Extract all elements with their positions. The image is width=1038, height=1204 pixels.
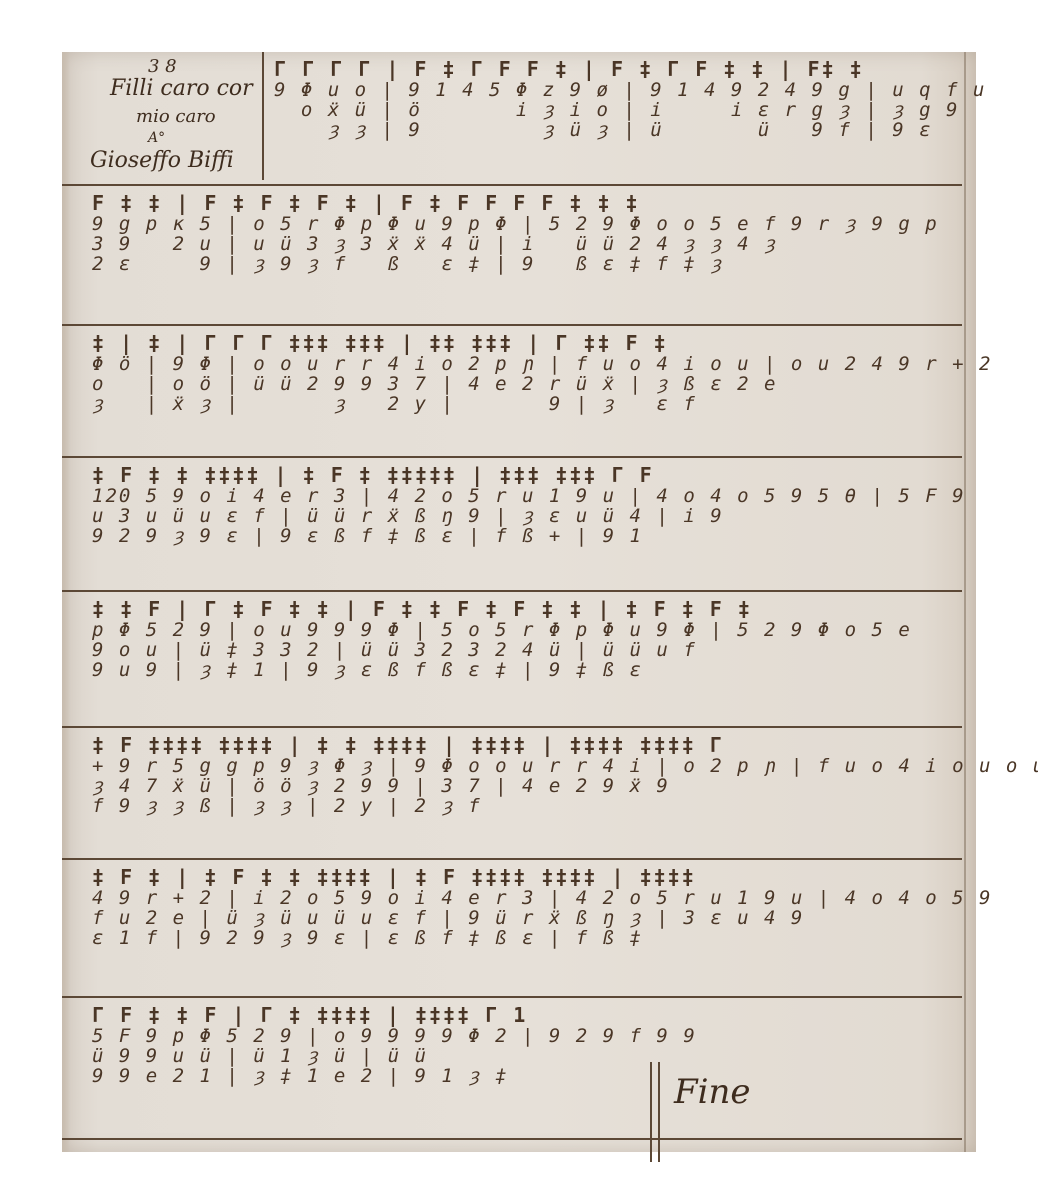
tablature-system-7: ‡ F ‡ | ‡ F ‡ ‡ ‡‡‡‡ | ‡ F ‡‡‡‡ ‡‡‡‡ | ‡…: [62, 860, 962, 998]
tablature-row: 9 Φ u o | 9 1 4 5 Φ z 9 ø | 9 1 4 9 2 4 …: [274, 80, 952, 100]
tablature-system-2: F ‡ ‡ | F ‡ F ‡ F ‡ | F ‡ F F F F ‡ ‡ ‡ …: [62, 186, 962, 326]
rhythm-signs-row: ‡ F ‡‡‡‡ ‡‡‡‡ | ‡ ‡ ‡‡‡‡ | ‡‡‡‡ | ‡‡‡‡ ‡…: [92, 734, 724, 756]
rhythm-signs-row: ‡ ‡ F | Γ ‡ F ‡ ‡ | F ‡ ‡ F ‡ F ‡ ‡ | ‡ …: [92, 598, 752, 620]
rhythm-signs-row: ‡ F ‡ | ‡ F ‡ ‡ ‡‡‡‡ | ‡ F ‡‡‡‡ ‡‡‡‡ | ‡…: [92, 866, 696, 888]
system-1-content: Γ Γ Γ Γ | F ‡ Γ F F ‡ | F ‡ Γ F ‡ ‡ | F‡…: [274, 58, 952, 140]
tablature-row: + 9 r 5 g g p 9 ȝ Φ ȝ | 9 Φ o o u r r 4 …: [92, 756, 1038, 776]
final-double-barline: [650, 1062, 652, 1162]
system-8-content: Γ F ‡ ‡ F | Γ ‡ ‡‡‡‡ | ‡‡‡‡ Γ 1 5 F 9 p …: [92, 1004, 622, 1132]
rhythm-signs-row: ‡ | ‡ | Γ Γ Γ ‡‡‡ ‡‡‡ | ‡‡ ‡‡‡ | Γ ‡‡ F …: [92, 332, 668, 354]
annotation-mark: A°: [148, 130, 165, 146]
rhythm-signs-row: F ‡ ‡ | F ‡ F ‡ F ‡ | F ‡ F F F F ‡ ‡ ‡: [92, 192, 640, 214]
tablature-row: 9 u 9 | ȝ ‡ 1 | 9 ȝ ɛ ß f ß ɛ ‡ | 9 ‡ ß …: [92, 660, 643, 680]
tablature-row: p Φ 5 2 9 | o u 9 9 9 Φ | 5 o 5 r Φ p Φ …: [92, 620, 912, 640]
system-6-content: ‡ F ‡‡‡‡ ‡‡‡‡ | ‡ ‡ ‡‡‡‡ | ‡‡‡‡ | ‡‡‡‡ ‡…: [92, 734, 952, 852]
tablature-row: ɛ 1 f | 9 2 9 ȝ 9 ɛ | ɛ ß f ‡ ß ɛ | f ß …: [92, 928, 643, 948]
tablature-row: 3 9 2 u | u ü 3 ȝ 3 ẍ ẍ 4 ü | i ü ü 2 4 …: [92, 234, 777, 254]
system-3-content: ‡ | ‡ | Γ Γ Γ ‡‡‡ ‡‡‡ | ‡‡ ‡‡‡ | Γ ‡‡ F …: [92, 332, 952, 450]
tablature-system-3: ‡ | ‡ | Γ Γ Γ ‡‡‡ ‡‡‡ | ‡‡ ‡‡‡ | Γ ‡‡ F …: [62, 326, 962, 458]
tablature-system-1: 3 8 Filli caro cor mio caro A° Gioseffo …: [62, 52, 962, 186]
tablature-row: ü 9 9 u ü | ü 1 ȝ ü | ü ü: [92, 1046, 428, 1066]
final-double-barline: [658, 1062, 660, 1162]
system-2-content: F ‡ ‡ | F ‡ F ‡ F ‡ | F ‡ F F F F ‡ ‡ ‡ …: [92, 192, 952, 318]
tablature-row: 2 ɛ 9 | ȝ 9 ȝ f ß ɛ ‡ | 9 ß ɛ ‡ f ‡ ȝ: [92, 254, 724, 274]
tablature-row: o | o ö | ü ü 2 9 9 3 7 | 4 e 2 r ü ẍ | …: [92, 374, 777, 394]
system-5-content: ‡ ‡ F | Γ ‡ F ‡ ‡ | F ‡ ‡ F ‡ F ‡ ‡ | ‡ …: [92, 598, 952, 720]
tablature-row: 9 9 e 2 1 | ȝ ‡ 1 e 2 | 9 1 ȝ ‡: [92, 1066, 509, 1086]
tablature-row: u 3 u ü u ɛ f | ü ü r ẍ ß ŋ 9 | ȝ ɛ u ü …: [92, 506, 724, 526]
rhythm-signs-row: Γ F ‡ ‡ F | Γ ‡ ‡‡‡‡ | ‡‡‡‡ Γ 1: [92, 1004, 527, 1026]
meter-signature: 3 8: [148, 56, 177, 77]
tablature-row: ȝ 4 7 ẍ ü | ö ö ȝ 2 9 9 | 3 7 | 4 e 2 9 …: [92, 776, 670, 796]
page-gutter-line: [964, 52, 966, 1152]
tablature-row: 4 9 r + 2 | i 2 o 5 9 o i 4 e r 3 | 4 2 …: [92, 888, 992, 908]
tablature-system-4: ‡ F ‡ ‡ ‡‡‡‡ | ‡ F ‡ ‡‡‡‡‡ | ‡‡‡ ‡‡‡ Γ F…: [62, 458, 962, 592]
tablature-row: Φ ö | 9 Φ | o o u r r 4 i o 2 p ɲ | f u …: [92, 354, 992, 374]
tablature-system-5: ‡ ‡ F | Γ ‡ F ‡ ‡ | F ‡ ‡ F ‡ F ‡ ‡ | ‡ …: [62, 592, 962, 728]
system-4-content: ‡ F ‡ ‡ ‡‡‡‡ | ‡ F ‡ ‡‡‡‡‡ | ‡‡‡ ‡‡‡ Γ F…: [92, 464, 952, 584]
piece-title-line-2: mio caro: [136, 106, 216, 127]
tablature-row: 120 5 9 o i 4 e r 3 | 4 2 o 5 r u 1 9 u …: [92, 486, 966, 506]
tablature-row: ȝ ȝ | 9 ȝ ü ȝ | ü ü 9 f | 9 ɛ: [274, 120, 952, 140]
tablature-row: 9 o u | ü ‡ 3 3 2 | ü ü 3 2 3 2 4 ü | ü …: [92, 640, 697, 660]
rhythm-signs-row: ‡ F ‡ ‡ ‡‡‡‡ | ‡ F ‡ ‡‡‡‡‡ | ‡‡‡ ‡‡‡ Γ F: [92, 464, 654, 486]
tablature-row: 9 2 9 ȝ 9 ɛ | 9 ɛ ß f ‡ ß ɛ | f ß + | 9 …: [92, 526, 643, 546]
piece-header: 3 8 Filli caro cor mio caro A° Gioseffo …: [90, 52, 270, 182]
tablature-system-6: ‡ F ‡‡‡‡ ‡‡‡‡ | ‡ ‡ ‡‡‡‡ | ‡‡‡‡ | ‡‡‡‡ ‡…: [62, 728, 962, 860]
tablature-row: f 9 ȝ ȝ ß | ȝ ȝ | 2 y | 2 ȝ f: [92, 796, 482, 816]
rhythm-signs-row: Γ Γ Γ Γ | F ‡ Γ F F ‡ | F ‡ Γ F ‡ ‡ | F‡…: [274, 58, 952, 80]
tablature-row: o ẍ ü | ö i ȝ i o | i i ɛ r g ȝ | ȝ g 9: [274, 100, 952, 120]
opening-barline: [262, 52, 264, 180]
composer-name: Gioseffo Biffi: [90, 148, 234, 173]
fine-ending-mark: Fine: [674, 1072, 750, 1112]
system-7-content: ‡ F ‡ | ‡ F ‡ ‡ ‡‡‡‡ | ‡ F ‡‡‡‡ ‡‡‡‡ | ‡…: [92, 866, 952, 990]
tablature-row: f u 2 e | ü ȝ ü u ü u ɛ f | 9 ü r ẍ ß ŋ …: [92, 908, 804, 928]
tablature-row: 5 F 9 p Φ 5 2 9 | o 9 9 9 9 Φ 2 | 9 2 9 …: [92, 1026, 697, 1046]
manuscript-page: 3 8 Filli caro cor mio caro A° Gioseffo …: [62, 52, 976, 1152]
tablature-row: ȝ | ẍ ȝ | ȝ 2 y | 9 | ȝ ɛ f: [92, 394, 697, 414]
piece-title-line-1: Filli caro cor: [110, 76, 253, 101]
tablature-row: 9 g p ĸ 5 | o 5 r Φ p Φ u 9 p Φ | 5 2 9 …: [92, 214, 939, 234]
tablature-system-8: Γ F ‡ ‡ F | Γ ‡ ‡‡‡‡ | ‡‡‡‡ Γ 1 5 F 9 p …: [62, 998, 962, 1140]
